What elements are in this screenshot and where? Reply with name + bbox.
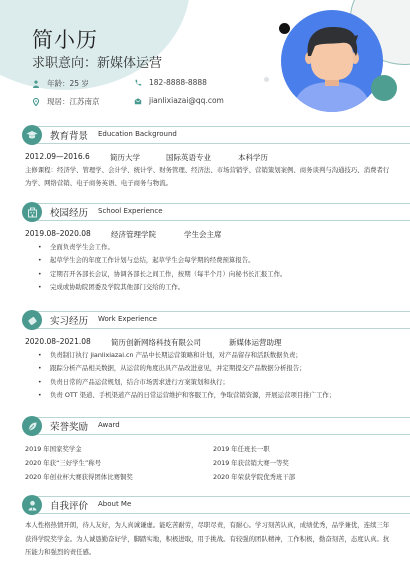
- section-title: 荣誉奖励: [50, 419, 88, 433]
- section-title: 校园经历: [50, 205, 88, 219]
- school-exp-summary: 2019.08–2020.08 经济管理学院 学生会主席: [25, 229, 222, 240]
- decoration-dot: [279, 23, 290, 34]
- decoration-dot: [371, 75, 397, 101]
- residence-text: 现居：江苏南京: [47, 96, 100, 107]
- school-exp-period: 2019.08–2020.08: [25, 229, 111, 240]
- residence-info: 现居：江苏南京: [32, 96, 100, 107]
- avatar: [281, 10, 383, 112]
- age-text: 年龄：25 岁: [47, 78, 89, 89]
- phone-text: 182-8888-8888: [149, 78, 207, 87]
- mail-icon: [134, 97, 142, 105]
- award-item: 2019 年获营销大赛一等奖: [213, 456, 393, 470]
- person-avatar-icon: [281, 10, 383, 112]
- section-header-school: 校园经历 School Experience: [22, 203, 410, 221]
- location-pin-icon: [32, 98, 40, 106]
- work-exp-summary: 2020.08–2021.08 简历创新网络科技有限公司 新媒体运营助理: [25, 337, 282, 348]
- award-item: 2020 年创业杯大赛获得团体比赛铜奖: [25, 470, 213, 484]
- list-item: 起草学生会的年度工作计划与总结，起草学生会每学期的经费预算报告。: [38, 254, 398, 267]
- school-exp-list: 全面负责学生会工作。 起草学生会的年度工作计划与总结，起草学生会每学期的经费预算…: [38, 241, 398, 294]
- award-item: 2020 年获“三好学生”称号: [25, 456, 213, 470]
- section-header-about: 自我评价 About Me: [22, 496, 410, 514]
- section-subtitle: Work Experience: [98, 315, 157, 323]
- work-exp-period: 2020.08–2021.08: [25, 337, 111, 348]
- list-item: 跟踪分析产品相关数据，从运营的角度出具产品改进意见，并定期提交产品数据分析报告；: [38, 362, 398, 375]
- award-item: 2019 年国家奖学金: [25, 442, 213, 456]
- courses-text: 主修课程：经济学、管理学、会计学、统计学、财务管理、经济法、市场营销学、营销策划…: [25, 164, 395, 190]
- list-item: 负责 OTT 渠道、手机渠道产品的日常运营维护和客服工作，争取营销资源，开展运营…: [38, 389, 398, 402]
- section-header-awards: 荣誉奖励 Award: [22, 417, 410, 435]
- building-icon: [22, 202, 42, 222]
- leaf-icon: [22, 416, 42, 436]
- user-icon: [22, 495, 42, 515]
- work-exp-list: 负责制订执行 jianlixiazai.cn 产品中长期运营策略和计划，对产品留…: [38, 349, 398, 402]
- age-info: 年龄：25 岁: [32, 78, 89, 89]
- email-info: jianlixiazai@qq.com: [134, 96, 224, 105]
- briefcase-icon: [22, 310, 42, 330]
- about-text: 本人性格热情开朗，待人友好，为人真诚谦虚。能吃苦耐劳，尽职尽责，有耐心。学习刻苦…: [25, 519, 395, 560]
- school-name: 简历大学: [110, 152, 166, 163]
- job-intent: 求职意向：新媒体运营: [32, 52, 162, 71]
- list-item: 完成或协助院团委及学院其他部门交给的工作。: [38, 281, 398, 294]
- list-item: 负责制订执行 jianlixiazai.cn 产品中长期运营策略和计划，对产品留…: [38, 349, 398, 362]
- school-exp-org: 经济管理学院: [111, 229, 184, 240]
- section-title: 实习经历: [50, 313, 88, 327]
- section-subtitle: Award: [98, 421, 120, 429]
- education-summary: 2012.09—2016.6 简历大学 国际英语专业 本科学历: [25, 152, 268, 163]
- section-header-work: 实习经历 Work Experience: [22, 311, 410, 329]
- company-name: 简历创新网络科技有限公司: [111, 337, 229, 348]
- list-item: 定期召开各部长会议，协调各部长之间工作，按期（每半个月）向秘书长汇报工作。: [38, 268, 398, 281]
- award-item: 2020 年荣获学院优秀班干部: [213, 470, 393, 484]
- graduation-cap-icon: [22, 125, 42, 145]
- work-exp-role: 新媒体运营助理: [229, 337, 282, 348]
- awards-grid: 2019 年国家奖学金 2019 年任班长一职 2020 年获“三好学生”称号 …: [25, 442, 395, 484]
- list-item: 负责日常的产品运营规划，结合市场需求进行方案策划和执行；: [38, 376, 398, 389]
- section-subtitle: Education Background: [98, 130, 177, 138]
- resume-header: 简小历 求职意向：新媒体运营 年龄：25 岁 182-8888-8888 现居：…: [0, 0, 410, 120]
- degree: 本科学历: [238, 152, 268, 163]
- section-title: 自我评价: [50, 498, 88, 512]
- decoration-dot: [264, 77, 269, 82]
- education-period: 2012.09—2016.6: [25, 152, 110, 163]
- phone-icon: [134, 79, 142, 87]
- candidate-name: 简小历: [32, 24, 98, 54]
- list-item: 全面负责学生会工作。: [38, 241, 398, 254]
- award-item: 2019 年任班长一职: [213, 442, 393, 456]
- section-header-education: 教育背景 Education Background: [22, 126, 410, 144]
- person-icon: [32, 80, 40, 88]
- section-subtitle: School Experience: [98, 207, 163, 215]
- email-text: jianlixiazai@qq.com: [149, 96, 224, 105]
- major: 国际英语专业: [166, 152, 238, 163]
- section-title: 教育背景: [50, 128, 88, 142]
- phone-info: 182-8888-8888: [134, 78, 207, 87]
- section-subtitle: About Me: [98, 500, 131, 508]
- school-exp-role: 学生会主席: [184, 229, 222, 240]
